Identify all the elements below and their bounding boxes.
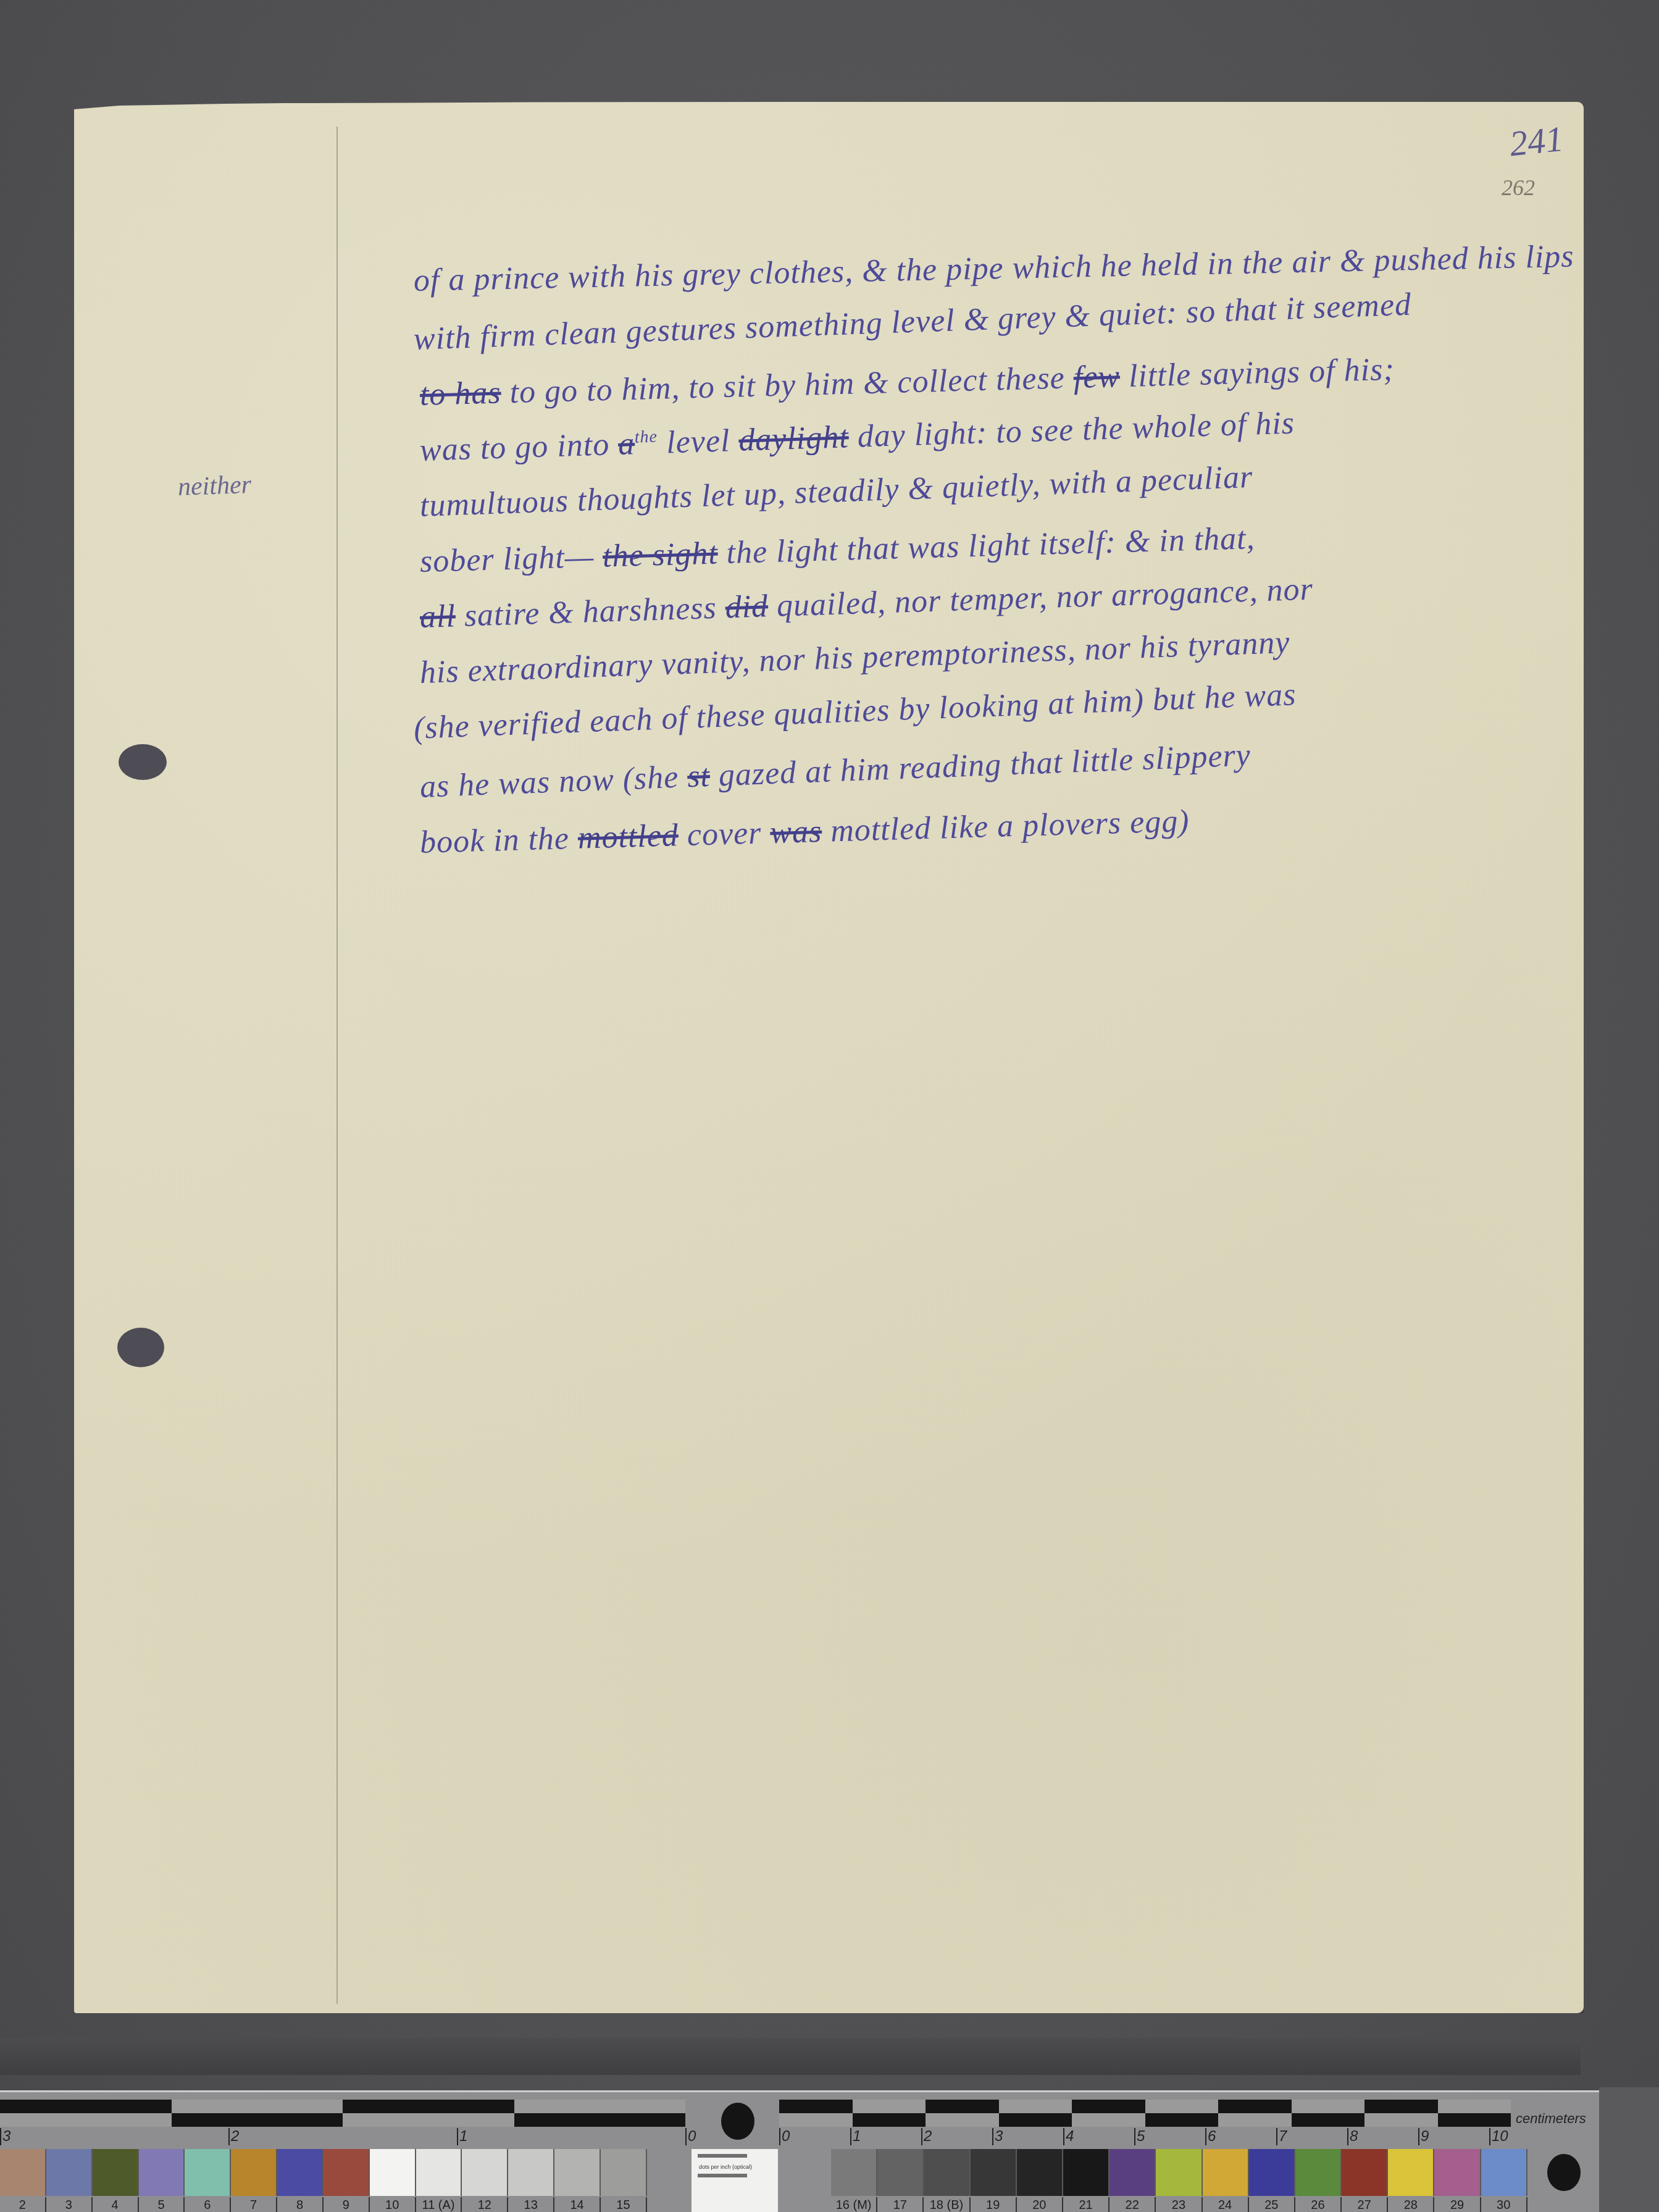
line-text: tumultuous thoughts let up, steadily & q… bbox=[419, 459, 1253, 524]
scale-segment bbox=[1218, 2100, 1292, 2127]
manuscript-line: (she verified each of these qualities by… bbox=[413, 676, 1297, 747]
patch-label: 24 bbox=[1203, 2197, 1249, 2212]
scan-edge bbox=[1599, 2087, 1659, 2212]
patch-label: 6 bbox=[185, 2197, 231, 2212]
ruler-number: 9 bbox=[1421, 2128, 1429, 2145]
inserted-word: the bbox=[634, 427, 658, 447]
patch-label: 13 bbox=[508, 2197, 554, 2212]
ruler-tick bbox=[992, 2128, 993, 2145]
patch-label: 20 bbox=[1017, 2197, 1063, 2212]
struck-word: the sight bbox=[602, 536, 718, 574]
color-patch bbox=[877, 2149, 924, 2196]
scale-segment bbox=[1072, 2100, 1145, 2127]
color-patch bbox=[601, 2149, 647, 2196]
patch-label: 17 bbox=[877, 2197, 924, 2212]
patch-label: 28 bbox=[1388, 2197, 1434, 2212]
scale-segment bbox=[0, 2100, 172, 2127]
color-patch bbox=[231, 2149, 277, 2196]
patch-label: 14 bbox=[554, 2197, 601, 2212]
line-text: cover bbox=[678, 815, 771, 853]
struck-word: was bbox=[770, 814, 822, 850]
line-text: book in the bbox=[419, 821, 579, 860]
scale-bar-right bbox=[779, 2100, 1511, 2127]
line-text: his extraordinary vanity, nor his peremp… bbox=[419, 625, 1290, 690]
scale-bar-left bbox=[0, 2100, 685, 2127]
color-patch bbox=[1156, 2149, 1202, 2196]
scale-segment bbox=[1364, 2100, 1438, 2127]
manuscript-line: to has to go to him, to sit by him & col… bbox=[419, 351, 1395, 413]
patch-label: 15 bbox=[601, 2197, 647, 2212]
patch-label: 21 bbox=[1063, 2197, 1109, 2212]
centimeters-label: centimeters bbox=[1516, 2111, 1586, 2127]
margin-rule bbox=[336, 127, 338, 2004]
scale-segment bbox=[1292, 2100, 1365, 2127]
patch-label: 8 bbox=[277, 2197, 324, 2212]
color-patch bbox=[416, 2149, 462, 2196]
dpi-bars-bottom bbox=[698, 2174, 747, 2177]
line-text: (she verified each of these qualities by… bbox=[413, 677, 1297, 746]
ruler-number: 4 bbox=[1066, 2128, 1074, 2145]
manuscript-line: all satire & harshness did quailed, nor … bbox=[419, 571, 1314, 635]
line-text: gazed at him reading that little slipper… bbox=[709, 737, 1252, 794]
margin-annotation: neither bbox=[177, 470, 252, 502]
color-patch bbox=[370, 2149, 416, 2196]
color-patch bbox=[1388, 2149, 1434, 2196]
color-patch bbox=[1295, 2149, 1342, 2196]
scale-segment bbox=[779, 2100, 853, 2127]
ruler-number: 1 bbox=[853, 2128, 861, 2145]
color-patch bbox=[1342, 2149, 1388, 2196]
patch-labels-right: 16 (M)1718 (B)192021222324252627282930 bbox=[831, 2197, 1527, 2212]
ruler-tick bbox=[1347, 2128, 1348, 2145]
line-text: was to go into bbox=[419, 427, 619, 468]
color-patch bbox=[185, 2149, 231, 2196]
struck-word: did bbox=[725, 589, 769, 625]
patch-label: 2 bbox=[0, 2197, 46, 2212]
ruler-number: 10 bbox=[1492, 2128, 1508, 2145]
ruler-tick bbox=[779, 2128, 780, 2145]
patch-label: 7 bbox=[231, 2197, 277, 2212]
manuscript-line: sober light— the sight the light that wa… bbox=[419, 520, 1255, 580]
dpi-bars-top bbox=[698, 2154, 747, 2158]
ruler-tick bbox=[921, 2128, 922, 2145]
color-patch bbox=[46, 2149, 93, 2196]
struck-word: to has bbox=[419, 375, 501, 413]
color-patch bbox=[1434, 2149, 1481, 2196]
line-text: as he was now (she bbox=[419, 759, 688, 805]
patch-label: 4 bbox=[93, 2197, 139, 2212]
color-patch bbox=[93, 2149, 139, 2196]
patch-label: 19 bbox=[971, 2197, 1017, 2212]
manuscript-line: as he was now (she st gazed at him readi… bbox=[419, 737, 1252, 805]
color-patch bbox=[277, 2149, 324, 2196]
scale-segment bbox=[999, 2100, 1072, 2127]
registration-dot-right bbox=[1547, 2154, 1581, 2191]
patch-label: 23 bbox=[1156, 2197, 1202, 2212]
color-patch bbox=[554, 2149, 601, 2196]
scale-segment bbox=[853, 2100, 926, 2127]
ruler-number: 2 bbox=[231, 2128, 239, 2145]
ruler-tick bbox=[1205, 2128, 1206, 2145]
line-text: to go to him, to sit by him & collect th… bbox=[501, 360, 1074, 410]
color-patch bbox=[508, 2149, 554, 2196]
folio-number: 241 bbox=[1508, 118, 1566, 165]
folio-number-pencil: 262 bbox=[1502, 175, 1535, 201]
manuscript-line: was to go into athe level daylight day l… bbox=[419, 404, 1295, 468]
ruler-number: 8 bbox=[1350, 2128, 1358, 2145]
patch-label: 30 bbox=[1481, 2197, 1527, 2212]
struck-word: daylight bbox=[738, 419, 849, 458]
color-patch bbox=[1063, 2149, 1109, 2196]
line-text: mottled like a plovers egg) bbox=[821, 803, 1190, 849]
ruler-tick bbox=[457, 2128, 458, 2145]
struck-word: a bbox=[617, 426, 635, 462]
color-calibration-target: 3210 012345678910 234567891011 (A)121314… bbox=[0, 2090, 1599, 2212]
patch-label: 12 bbox=[462, 2197, 508, 2212]
ruler-tick bbox=[685, 2128, 687, 2145]
patch-label: 16 (M) bbox=[831, 2197, 877, 2212]
line-text: quailed, nor temper, nor arrogance, nor bbox=[767, 572, 1313, 624]
ruler-tick bbox=[1489, 2128, 1490, 2145]
centimeter-ruler: 012345678910 bbox=[779, 2128, 1520, 2147]
struck-word: mottled bbox=[577, 818, 679, 856]
color-patch bbox=[831, 2149, 877, 2196]
ruler-number: 0 bbox=[782, 2128, 790, 2145]
ruler-number: 0 bbox=[688, 2128, 696, 2145]
ruler-tick bbox=[1063, 2128, 1064, 2145]
ruler-tick bbox=[1134, 2128, 1135, 2145]
ruler-number: 2 bbox=[924, 2128, 932, 2145]
line-text: with firm clean gestures something level… bbox=[413, 287, 1412, 357]
scale-segment bbox=[172, 2100, 343, 2127]
ruler-number: 1 bbox=[459, 2128, 467, 2145]
line-text: satire & harshness bbox=[455, 590, 726, 634]
inch-ruler: 3210 bbox=[0, 2128, 698, 2147]
patch-label: 26 bbox=[1295, 2197, 1342, 2212]
manuscript-page: 241 262 neither of a prince with his gre… bbox=[74, 102, 1584, 2013]
line-text: little sayings of his; bbox=[1119, 352, 1395, 395]
scale-segment bbox=[1438, 2100, 1511, 2127]
color-patch bbox=[1481, 2149, 1527, 2196]
patch-label: 22 bbox=[1109, 2197, 1156, 2212]
dpi-title: dots per inch (optical) bbox=[699, 2164, 752, 2170]
scale-segment bbox=[926, 2100, 999, 2127]
ruler-number: 3 bbox=[2, 2128, 10, 2145]
patch-label: 25 bbox=[1249, 2197, 1295, 2212]
color-patch bbox=[462, 2149, 508, 2196]
dpi-resolution-card: dots per inch (optical) bbox=[692, 2149, 778, 2212]
color-patch bbox=[1249, 2149, 1295, 2196]
manuscript-line: with firm clean gestures something level… bbox=[413, 287, 1412, 358]
line-text: day light: to see the whole of his bbox=[848, 405, 1295, 455]
manuscript-line: tumultuous thoughts let up, steadily & q… bbox=[419, 459, 1253, 524]
struck-word: few bbox=[1073, 359, 1121, 395]
patch-label: 11 (A) bbox=[416, 2197, 462, 2212]
struck-word: all bbox=[419, 598, 456, 635]
line-text: level bbox=[657, 423, 739, 461]
ruler-number: 3 bbox=[995, 2128, 1003, 2145]
ruler-number: 5 bbox=[1137, 2128, 1145, 2145]
ruler-number: 7 bbox=[1279, 2128, 1287, 2145]
manuscript-line: book in the mottled cover was mottled li… bbox=[419, 803, 1190, 861]
color-patch bbox=[0, 2149, 46, 2196]
color-patches-right bbox=[831, 2149, 1527, 2196]
paper-shadow bbox=[0, 2038, 1581, 2075]
color-patches-left bbox=[0, 2149, 647, 2196]
scale-segment bbox=[1145, 2100, 1219, 2127]
line-text: the light that was light itself: & in th… bbox=[717, 521, 1256, 571]
ruler-tick bbox=[850, 2128, 851, 2145]
registration-dot-left bbox=[721, 2103, 754, 2140]
ruler-tick bbox=[228, 2128, 230, 2145]
patch-label: 27 bbox=[1342, 2197, 1388, 2212]
scale-segment bbox=[343, 2100, 514, 2127]
color-patch bbox=[139, 2149, 185, 2196]
patch-label: 3 bbox=[46, 2197, 93, 2212]
punch-hole-upper bbox=[119, 744, 167, 780]
color-patch bbox=[1203, 2149, 1249, 2196]
ruler-number: 6 bbox=[1208, 2128, 1216, 2145]
patch-label: 18 (B) bbox=[924, 2197, 970, 2212]
patch-label: 29 bbox=[1434, 2197, 1481, 2212]
ruler-tick bbox=[0, 2128, 1, 2145]
patch-label: 10 bbox=[370, 2197, 416, 2212]
scale-segment bbox=[514, 2100, 686, 2127]
ruler-tick bbox=[1418, 2128, 1419, 2145]
line-text: sober light— bbox=[419, 539, 603, 579]
color-patch bbox=[971, 2149, 1017, 2196]
color-patch bbox=[1017, 2149, 1063, 2196]
patch-label: 9 bbox=[324, 2197, 370, 2212]
patch-label: 5 bbox=[139, 2197, 185, 2212]
color-patch bbox=[1109, 2149, 1156, 2196]
color-patch bbox=[924, 2149, 970, 2196]
struck-word: st bbox=[687, 758, 711, 794]
punch-hole-lower bbox=[117, 1328, 164, 1367]
patch-labels-left: 234567891011 (A)12131415 bbox=[0, 2197, 647, 2212]
ruler-tick bbox=[1276, 2128, 1277, 2145]
color-patch bbox=[324, 2149, 370, 2196]
